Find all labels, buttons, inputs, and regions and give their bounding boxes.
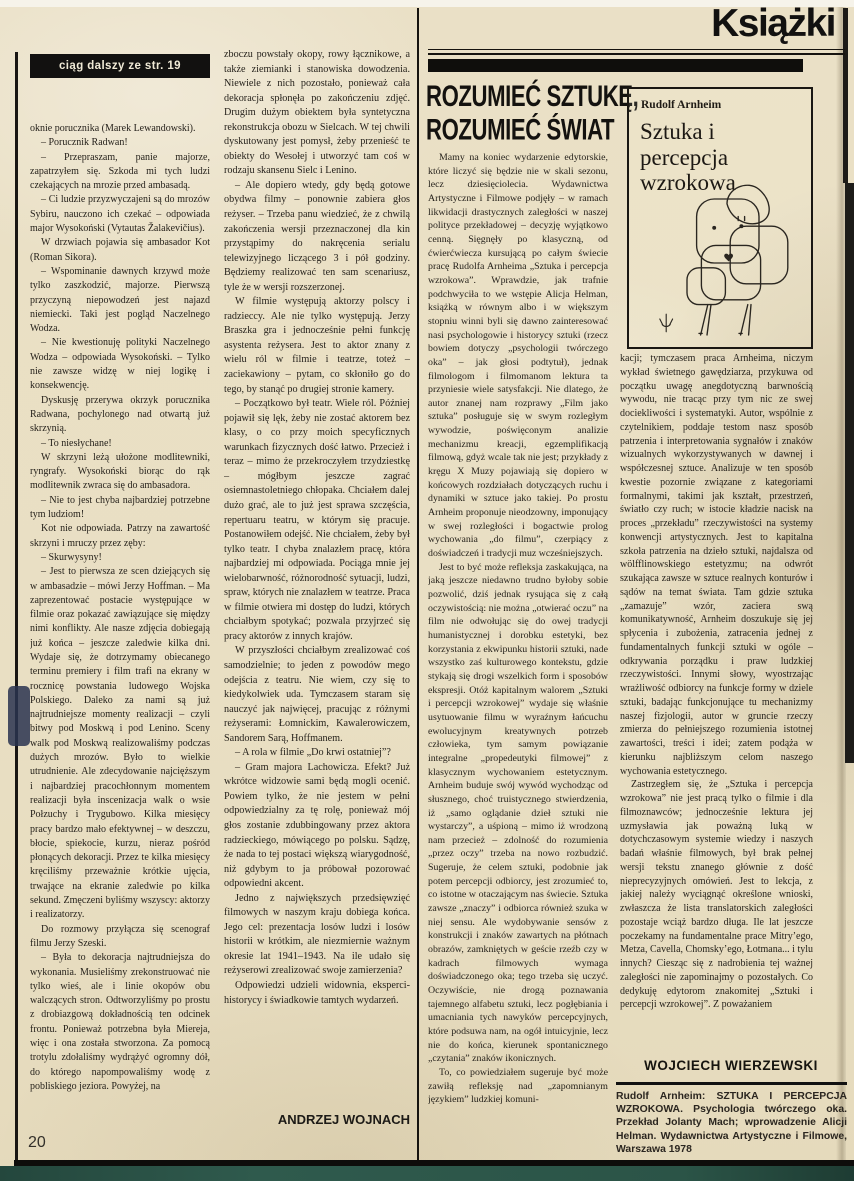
book-author: Rudolf Arnheim	[641, 99, 721, 111]
paragraph: – Była to dekoracja najtrudniejsza do wy…	[30, 951, 210, 1094]
paragraph: – Ale dopiero wtedy, gdy będą gotowe oby…	[224, 179, 410, 295]
book-cover-illustration	[639, 175, 807, 343]
book-cover-box: Rudolf Arnheim Sztuka i percepcja wzroko…	[627, 87, 813, 349]
review-title: ROZUMIEĆ SZTUKĘ, ROZUMIEĆ ŚWIAT	[426, 80, 631, 147]
right-edge-rule	[843, 8, 848, 183]
paragraph: Mamy na koniec wydarzenie edytorskie, kt…	[428, 151, 608, 561]
paragraph: – Porucznik Radwan!	[30, 136, 210, 150]
left-edge-rule	[15, 52, 18, 1164]
book-footnote: Rudolf Arnheim: SZTUKA I PERCEPCJA WZROK…	[616, 1082, 847, 1156]
masthead-underline	[428, 49, 845, 55]
paragraph: – Jest to pierwsza ze scen dziejących si…	[30, 565, 210, 922]
review-title-line2: ROZUMIEĆ ŚWIAT	[426, 113, 631, 146]
paragraph: Dyskusję przerywa okrzyk porucznika Radw…	[30, 394, 210, 437]
section-masthead: Książki	[595, 2, 835, 46]
paragraph: Odpowiedzi udzieli widownia, eksperci-hi…	[224, 979, 410, 1008]
paragraph: W filmie występują aktorzy polscy i radz…	[224, 295, 410, 397]
page-number: 20	[28, 1134, 46, 1152]
paragraph: Jedno z największych przedsięwzięć filmo…	[224, 892, 410, 979]
paragraph: – Ci ludzie przyzwyczajeni są do mrozów …	[30, 193, 210, 236]
film-article-column-2: zboczu powstały okopy, rowy łącznikowe, …	[224, 48, 410, 1110]
paragraph: – Wspominanie dawnych krzywd może tylko …	[30, 265, 210, 336]
column-divider-rule	[417, 8, 419, 1162]
review-title-line1: ROZUMIEĆ SZTUKĘ,	[426, 80, 631, 113]
continuation-label: ciąg dalszy ze str. 19	[30, 54, 210, 78]
paragraph: – Początkowo był teatr. Wiele ról. Późni…	[224, 397, 410, 644]
film-article-column-1: oknie porucznika (Marek Lewandowski).– P…	[30, 122, 210, 1138]
paragraph: W przyszłości chciałbym zrealizować coś …	[224, 644, 410, 746]
paragraph: – A rola w filmie „Do krwi ostatniej”?	[224, 746, 410, 761]
paragraph: Do rozmowy przyłącza się scenograf filmu…	[30, 923, 210, 952]
paragraph: – Gram majora Lachowicza. Efekt? Już wkr…	[224, 761, 410, 892]
paragraph: oknie porucznika (Marek Lewandowski).	[30, 122, 210, 136]
paragraph: To, co powiedziałem sugeruje być może za…	[428, 1066, 608, 1107]
paragraph: – Skurwysyny!	[30, 551, 210, 565]
review-column-1: Mamy na koniec wydarzenie edytorskie, kt…	[428, 151, 608, 1111]
right-edge-shadow	[845, 183, 854, 763]
paragraph: W drzwiach pojawia się ambasador Kot (Ro…	[30, 236, 210, 265]
paragraph: W skrzyni leżą ułożone modlitewniki, ryn…	[30, 451, 210, 494]
paragraph: Kot nie odpowiada. Patrzy na zawartość s…	[30, 522, 210, 551]
magazine-page-scan: Książki ciąg dalszy ze str. 19 oknie por…	[0, 0, 854, 1181]
review-column-2: kacji; tymczasem praca Arnheima, niczym …	[620, 352, 813, 1048]
scan-artifact-blob	[8, 686, 30, 746]
review-byline: WOJCIECH WIERZEWSKI	[616, 1058, 846, 1073]
paragraph: kacji; tymczasem praca Arnheima, niczym …	[620, 352, 813, 778]
paragraph: zboczu powstały okopy, rowy łącznikowe, …	[224, 48, 410, 179]
film-article-byline: ANDRZEJ WOJNACH	[250, 1112, 410, 1129]
header-black-bar	[428, 59, 803, 72]
scan-bottom-edge	[0, 1166, 854, 1181]
continuation-label-text: ciąg dalszy ze str. 19	[59, 60, 181, 72]
paragraph: Zastrzegłem się, że „Sztuka i percepcja …	[620, 778, 813, 1012]
paragraph: – Nie kwestionuję polityki Naczelnego Wo…	[30, 336, 210, 393]
paragraph: – Przepraszam, panie majorze, zapatrzyłe…	[30, 151, 210, 194]
paragraph: Jest to być może refleksja zaskakująca, …	[428, 561, 608, 1066]
paragraph: – To niesłychane!	[30, 437, 210, 451]
paragraph: – Nie to jest chyba najbardziej potrzebn…	[30, 494, 210, 523]
